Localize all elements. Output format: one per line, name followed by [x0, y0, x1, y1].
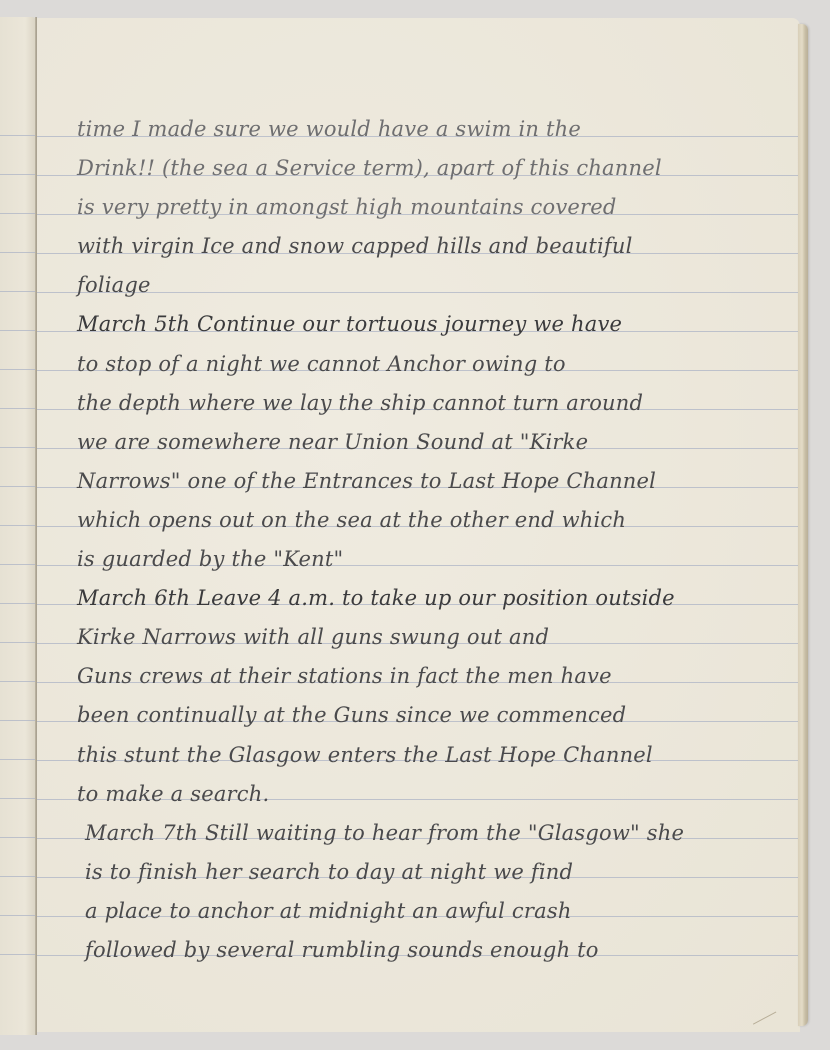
text-line: time I made sure we would have a swim in…: [77, 110, 797, 149]
text-line: Kirke Narrows with all guns swung out an…: [77, 618, 797, 657]
text-line: Narrows" one of the Entrances to Last Ho…: [77, 462, 797, 501]
ruled-line: [0, 330, 36, 331]
ruled-line: [0, 798, 36, 799]
text-line: to stop of a night we cannot Anchor owin…: [77, 345, 797, 384]
text-line: to make a search.: [77, 775, 797, 814]
handwritten-text: time I made sure we would have a swim in…: [77, 110, 797, 970]
page-corner-crease: [753, 1012, 781, 1032]
ruled-line: [0, 837, 36, 838]
diary-entry-march-6: March 6th Leave 4 a.m. to take up our po…: [77, 579, 797, 618]
ruled-line: [0, 408, 36, 409]
text-line: the depth where we lay the ship cannot t…: [77, 384, 797, 423]
text-line: been continually at the Guns since we co…: [77, 696, 797, 735]
ruled-line: [0, 915, 36, 916]
notebook-page: time I made sure we would have a swim in…: [37, 18, 800, 1032]
ruled-line: [0, 213, 36, 214]
ruled-line: [0, 447, 36, 448]
text-line: this stunt the Glasgow enters the Last H…: [77, 736, 797, 775]
ruled-line: [0, 720, 36, 721]
ruled-line: [0, 486, 36, 487]
ruled-line: [0, 564, 36, 565]
text-line: foliage: [77, 266, 797, 305]
ruled-line: [0, 954, 36, 955]
diary-entry-march-5: March 5th Continue our tortuous journey …: [77, 305, 797, 344]
diary-entry-march-7: March 7th Still waiting to hear from the…: [77, 814, 797, 853]
text-line: which opens out on the sea at the other …: [77, 501, 797, 540]
text-line: Drink!! (the sea a Service term), apart …: [77, 149, 797, 188]
text-line: Guns crews at their stations in fact the…: [77, 657, 797, 696]
ruled-line: [0, 252, 36, 253]
ruled-line: [0, 135, 36, 136]
text-line: is very pretty in amongst high mountains…: [77, 188, 797, 227]
ruled-line: [0, 291, 36, 292]
ruled-line: [0, 642, 36, 643]
text-line: with virgin Ice and snow capped hills an…: [77, 227, 797, 266]
left-page-edge: [0, 17, 36, 1035]
ruled-line: [0, 876, 36, 877]
ruled-line: [0, 525, 36, 526]
text-line: followed by several rumbling sounds enou…: [77, 931, 797, 970]
ruled-line: [0, 759, 36, 760]
text-line: a place to anchor at midnight an awful c…: [77, 892, 797, 931]
text-line: is to finish her search to day at night …: [77, 853, 797, 892]
page-stack-edge: [798, 24, 808, 1026]
ruled-line: [0, 681, 36, 682]
text-line: is guarded by the "Kent": [77, 540, 797, 579]
ruled-line: [0, 603, 36, 604]
text-line: we are somewhere near Union Sound at "Ki…: [77, 423, 797, 462]
ruled-line: [0, 369, 36, 370]
ruled-line: [0, 174, 36, 175]
